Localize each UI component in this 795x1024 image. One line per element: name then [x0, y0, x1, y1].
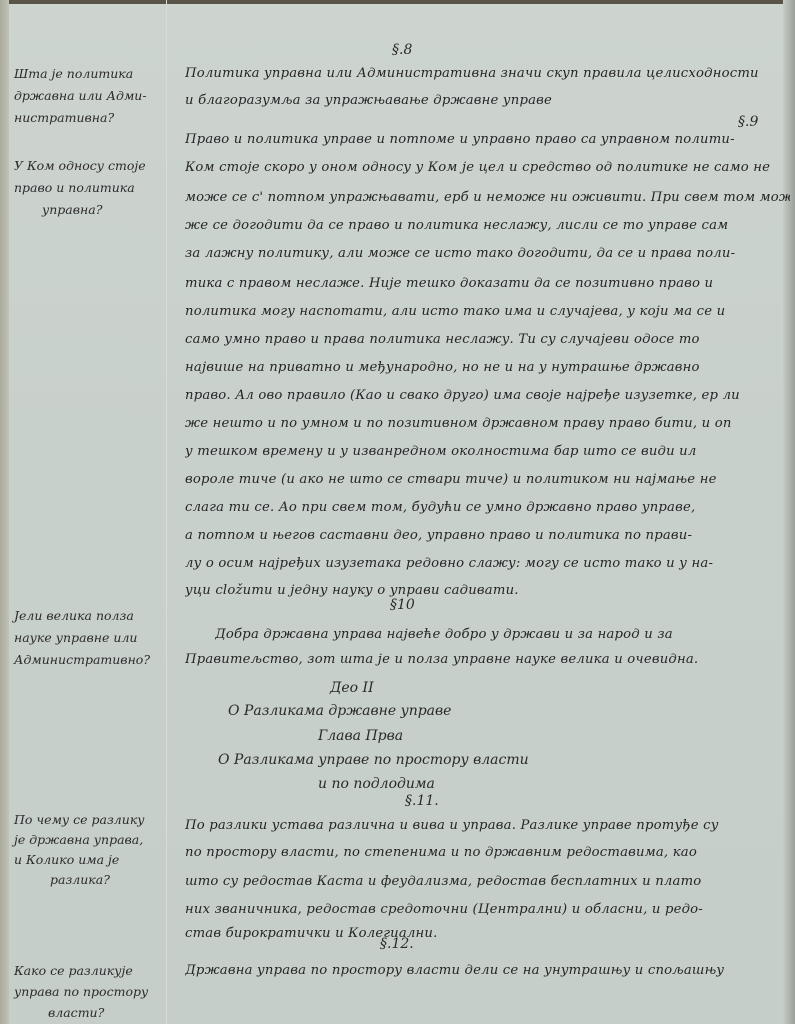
- margin-note-line: науке управне или: [14, 627, 169, 649]
- text-line: же се догодити да се право и политика не…: [185, 218, 790, 233]
- margin-note-line: Јели велика полза: [14, 605, 169, 627]
- text-line: тика с правом неслаже. Није тешко доказа…: [185, 276, 790, 291]
- text-line: став бирократички и Колегиални.: [185, 926, 790, 941]
- margin-note-line: управа по простору: [14, 981, 169, 1002]
- margin-note-line: У Ком односу стоје: [14, 155, 169, 177]
- text-line: Државна управа по простору власти дели с…: [185, 963, 790, 978]
- margin-note-line: По чему се разлику: [14, 810, 169, 830]
- text-line: Политика управна или Административна зна…: [185, 66, 790, 81]
- text-line: Правитељство, зот шта је и полза управне…: [185, 652, 790, 667]
- part-title: О Разликама државне управе: [228, 703, 451, 719]
- margin-note-line: власти?: [14, 1002, 169, 1023]
- chapter-title-continued: и по подлодима: [318, 776, 435, 792]
- margin-note-line: је државна управа,: [14, 830, 169, 850]
- text-line: за лажну политику, али може се исто тако…: [185, 246, 790, 261]
- text-line: само умно право и права политика неслажу…: [185, 332, 790, 347]
- page-top-edge: [0, 0, 795, 4]
- text-line: политика могу наспотати, али исто тако и…: [185, 304, 790, 319]
- margin-note-line: нистративна?: [14, 107, 169, 129]
- margin-note-2: У Ком односу стоје право и политика упра…: [14, 155, 169, 221]
- chapter-title: О Разликама управе по простору власти: [218, 752, 529, 768]
- margin-note-line: право и политика: [14, 177, 169, 199]
- text-line: слага ти се. Ао при свем том, будући се …: [185, 500, 790, 515]
- margin-note-1: Шта је политика државна или Адми- нистра…: [14, 63, 169, 129]
- text-line: них званичника, редостав средоточни (Цен…: [185, 902, 790, 917]
- section-11-heading: §.11.: [405, 793, 439, 809]
- margin-note-line: Како се разликује: [14, 960, 169, 981]
- margin-note-line: државна или Адми-: [14, 85, 169, 107]
- text-line-underlined-terms: што су редостав Каста и феудализма, редо…: [185, 874, 790, 889]
- text-line: лу о осим најређих изузетака редовно сла…: [185, 556, 790, 571]
- text-line: а потпом и његов саставни део, управно п…: [185, 528, 790, 543]
- text-line: Право и политика управе и потпоме и упра…: [185, 132, 790, 147]
- margin-note-line: Шта је политика: [14, 63, 169, 85]
- section-8-heading: §.8: [392, 42, 412, 58]
- text-line: по простору власти, по степенима и по др…: [185, 845, 790, 860]
- part-heading: Део II: [330, 680, 374, 696]
- manuscript-page: §.8 §.9 §10 §.11. §.12. Шта је политика …: [0, 0, 795, 1024]
- text-line: највише на приватно и међународно, но не…: [185, 360, 790, 375]
- text-line: и благоразумља за упражњавање државне уп…: [185, 93, 790, 108]
- page-left-edge: [0, 0, 9, 1024]
- text-line: Ком стоје скоро у оном односу у Ком је ц…: [185, 160, 790, 175]
- margin-note-line: и Колико има је: [14, 850, 169, 870]
- margin-note-line: разлика?: [14, 870, 169, 890]
- text-line: уци сložити и једну науку о управи садив…: [185, 583, 790, 598]
- text-line: По разлики устава различна и вива и упра…: [185, 818, 790, 833]
- text-line: вороле тиче (и ако не што се ствари тиче…: [185, 472, 790, 487]
- margin-note-4: По чему се разлику је државна управа, и …: [14, 810, 169, 890]
- margin-note-3: Јели велика полза науке управне или Адми…: [14, 605, 169, 671]
- chapter-heading: Глава Прва: [318, 728, 403, 744]
- text-line: Добра државна управа највеће добро у држ…: [215, 627, 795, 642]
- text-line: же нешто и по умном и по позитивном држа…: [185, 416, 790, 431]
- text-line: може се с' потпом упражњавати, ерб и нем…: [185, 190, 790, 205]
- margin-note-line: Административно?: [14, 649, 169, 671]
- text-line: право. Ал ово правило (Као и свако друго…: [185, 388, 790, 403]
- section-9-heading: §.9: [738, 114, 758, 130]
- margin-note-5: Како се разликује управа по простору вла…: [14, 960, 169, 1023]
- section-10-heading: §10: [390, 597, 415, 613]
- text-line: у тешком времену и у изванредном околнос…: [185, 444, 790, 459]
- margin-note-line: управна?: [14, 199, 169, 221]
